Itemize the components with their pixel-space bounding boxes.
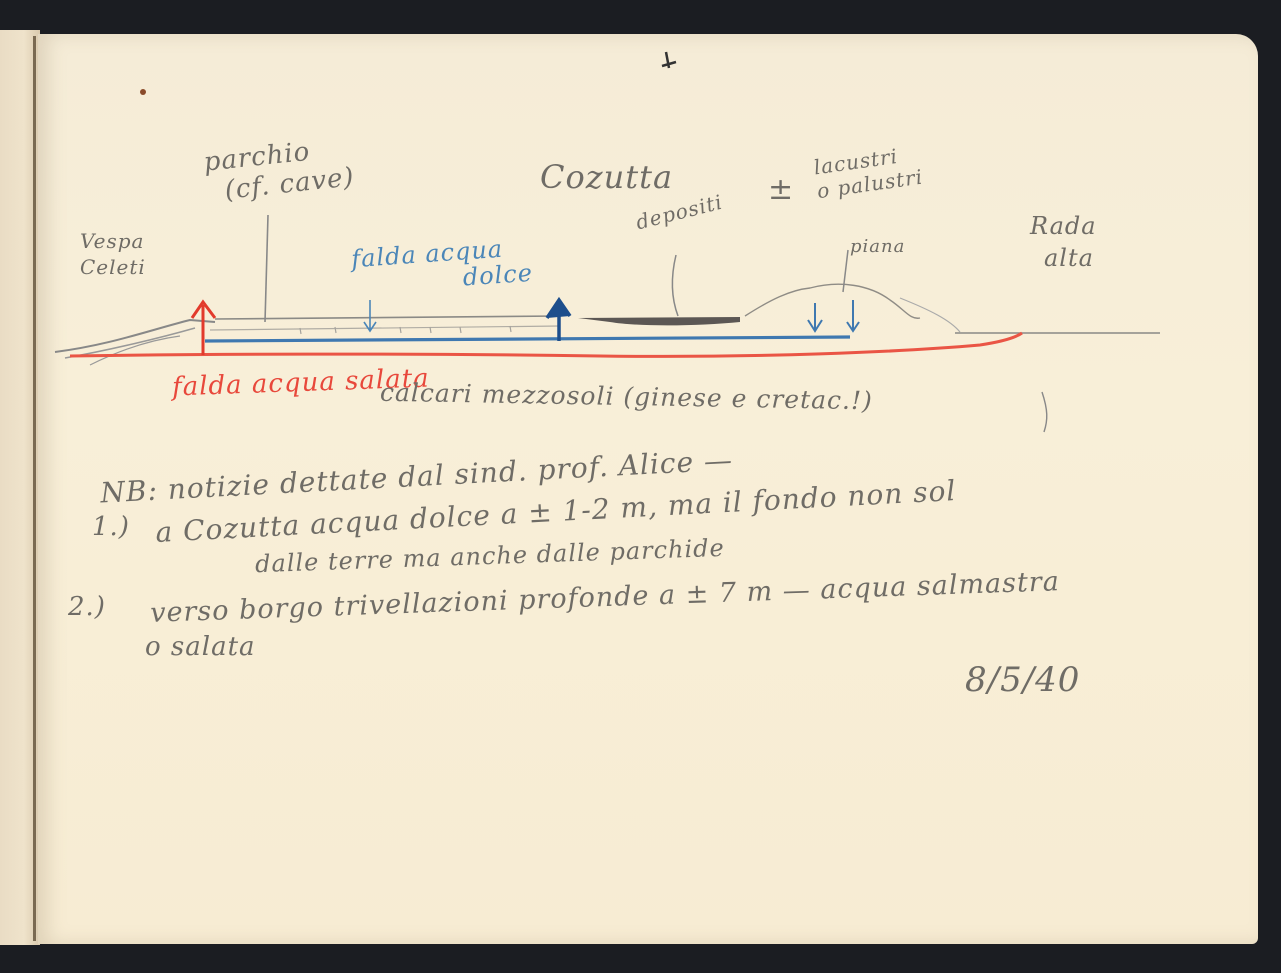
label-alta: alta [1044,242,1097,274]
label-falda-dolce-line2: dolce [462,260,534,291]
label-piana: piana [850,236,905,257]
label-falda-dolce: falda acqua dolce [350,234,533,298]
label-plus-minus: ± [768,172,794,207]
label-rada: Rada [1030,210,1097,242]
label-rada-alta: Rada alta [1030,210,1097,274]
date-mark: 8/5/40 [965,660,1080,700]
note-item2-line2: o salata [145,632,256,662]
label-left-top: Vespa Celeti [80,228,146,280]
label-cozutta: Cozutta [540,158,673,196]
note-item2-number: 2.) [68,592,106,622]
note-item1-number: 1.) [92,512,130,542]
